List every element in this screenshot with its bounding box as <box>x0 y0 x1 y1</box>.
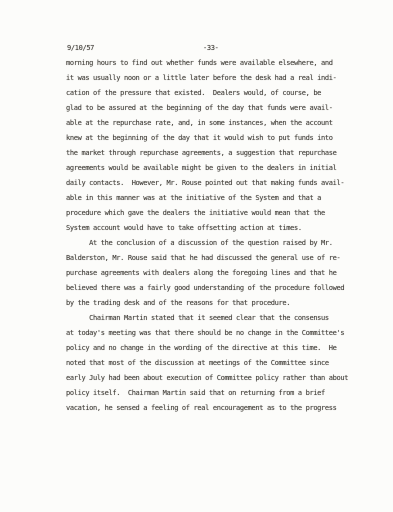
text-line: cation of the pressure that existed. Dea… <box>66 86 373 101</box>
page-number: -33- <box>203 44 218 52</box>
text-line: procedure which gave the dealers the ini… <box>66 206 373 221</box>
document-body: morning hours to find out whether funds … <box>66 56 373 416</box>
text-line: able in this manner was at the initiativ… <box>66 191 373 206</box>
text-line: by the trading desk and of the reasons f… <box>66 296 373 311</box>
text-line: it was usually noon or a little later be… <box>66 71 373 86</box>
header-date: 9/10/57 <box>67 44 94 52</box>
text-line: morning hours to find out whether funds … <box>66 56 373 71</box>
text-line: noted that most of the discussion at mee… <box>66 356 373 371</box>
text-line: believed there was a fairly good underst… <box>66 281 373 296</box>
text-line: purchase agreements with dealers along t… <box>66 266 373 281</box>
text-line: System account would have to take offset… <box>66 221 373 236</box>
text-line: the market through repurchase agreements… <box>66 146 373 161</box>
text-line: daily contacts. However, Mr. Rouse point… <box>66 176 373 191</box>
text-line: policy itself. Chairman Martin said that… <box>66 386 373 401</box>
text-line: glad to be assured at the beginning of t… <box>66 101 373 116</box>
text-line: early July had been about execution of C… <box>66 371 373 386</box>
text-line: Balderston, Mr. Rouse said that he had d… <box>66 251 373 266</box>
document-page: 9/10/57 -33- morning hours to find out w… <box>0 0 393 512</box>
text-line: at today's meeting was that there should… <box>66 326 373 341</box>
text-line: agreements would be available might be g… <box>66 161 373 176</box>
text-line: vacation, he sensed a feeling of real en… <box>66 401 373 416</box>
text-line: Chairman Martin stated that it seemed cl… <box>66 311 373 326</box>
text-line: able at the repurchase rate, and, in som… <box>66 116 373 131</box>
text-line: knew at the beginning of the day that it… <box>66 131 373 146</box>
text-line: At the conclusion of a discussion of the… <box>66 236 373 251</box>
text-line: policy and no change in the wording of t… <box>66 341 373 356</box>
